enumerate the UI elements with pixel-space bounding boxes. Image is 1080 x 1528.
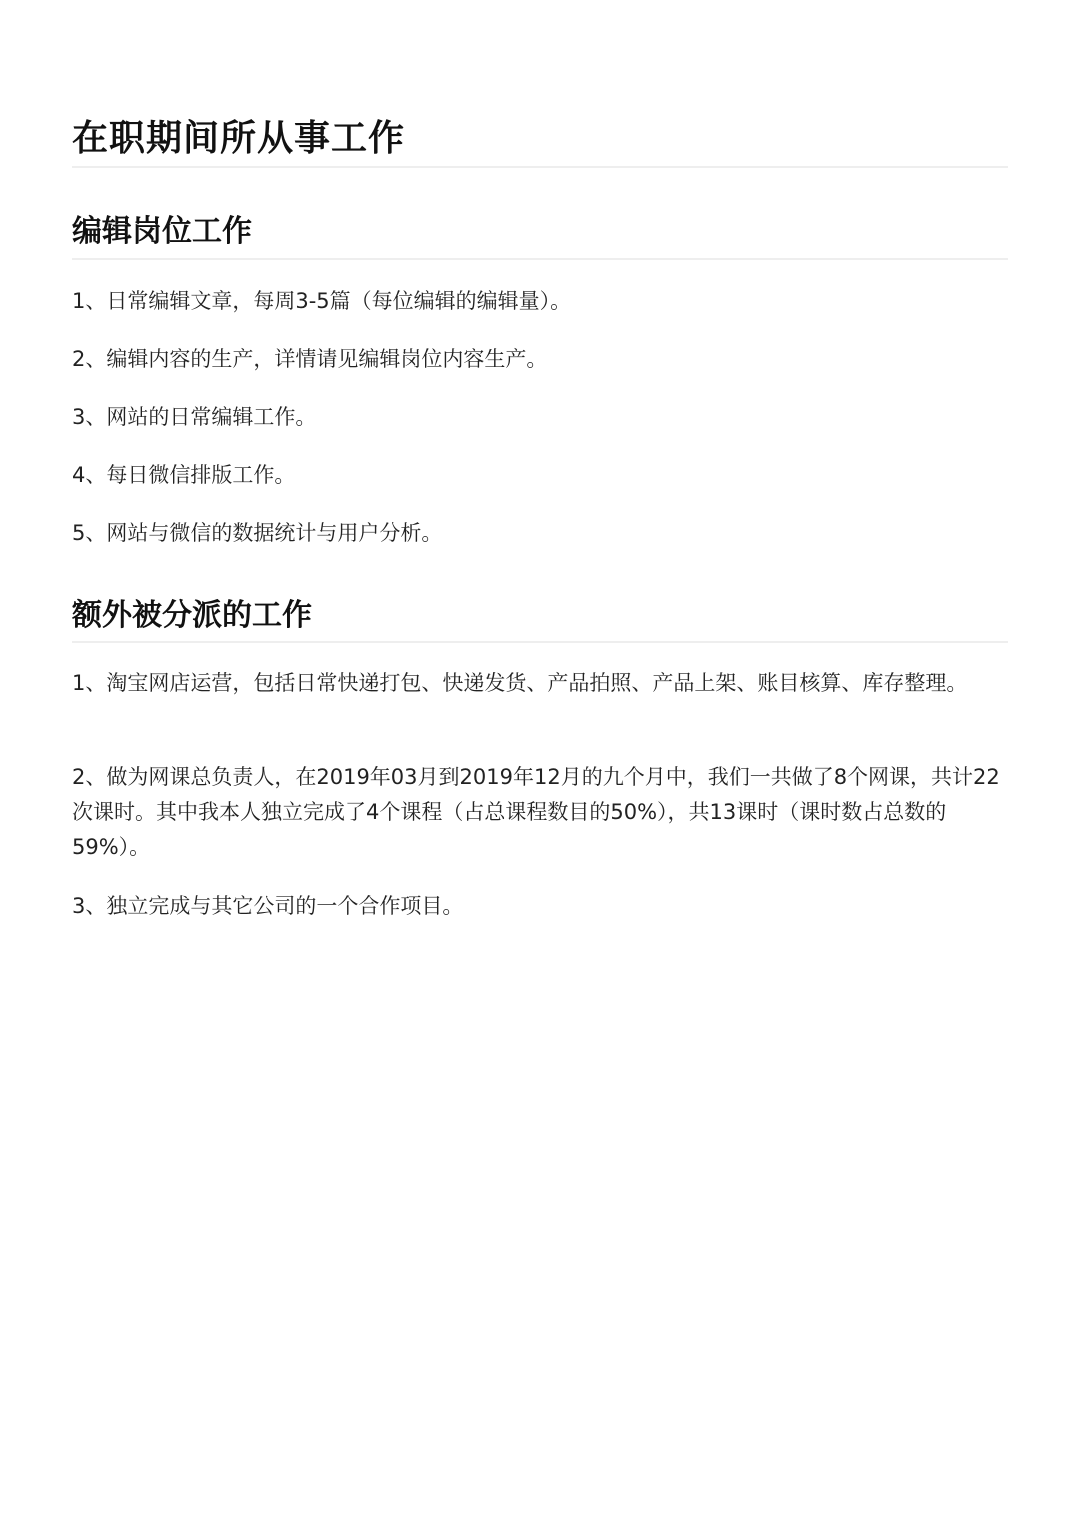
section-heading-editor: 编辑岗位工作: [72, 210, 252, 254]
list-item: 2、做为网课总负责人，在2019年03月到2019年12月的九个月中，我们一共做…: [72, 760, 1008, 865]
list-item: 3、独立完成与其它公司的一个合作项目。: [72, 889, 1008, 924]
list-item: 5、网站与微信的数据统计与用户分析。: [72, 516, 1008, 551]
section-heading-extra: 额外被分派的工作: [72, 594, 312, 638]
list-item: 2、编辑内容的生产，详情请见编辑岗位内容生产。: [72, 342, 1008, 377]
title-divider: [72, 166, 1008, 168]
document-page: 在职期间所从事工作 编辑岗位工作 1、日常编辑文章，每周3-5篇（每位编辑的编辑…: [0, 0, 1080, 1528]
list-item: 4、每日微信排版工作。: [72, 458, 1008, 493]
list-item: 1、日常编辑文章，每周3-5篇（每位编辑的编辑量）。: [72, 284, 1008, 319]
page-title: 在职期间所从事工作: [72, 112, 405, 166]
section-divider: [72, 258, 1008, 260]
section-divider: [72, 641, 1008, 643]
list-item: 3、网站的日常编辑工作。: [72, 400, 1008, 435]
list-item: 1、淘宝网店运营，包括日常快递打包、快递发货、产品拍照、产品上架、账目核算、库存…: [72, 666, 1008, 701]
